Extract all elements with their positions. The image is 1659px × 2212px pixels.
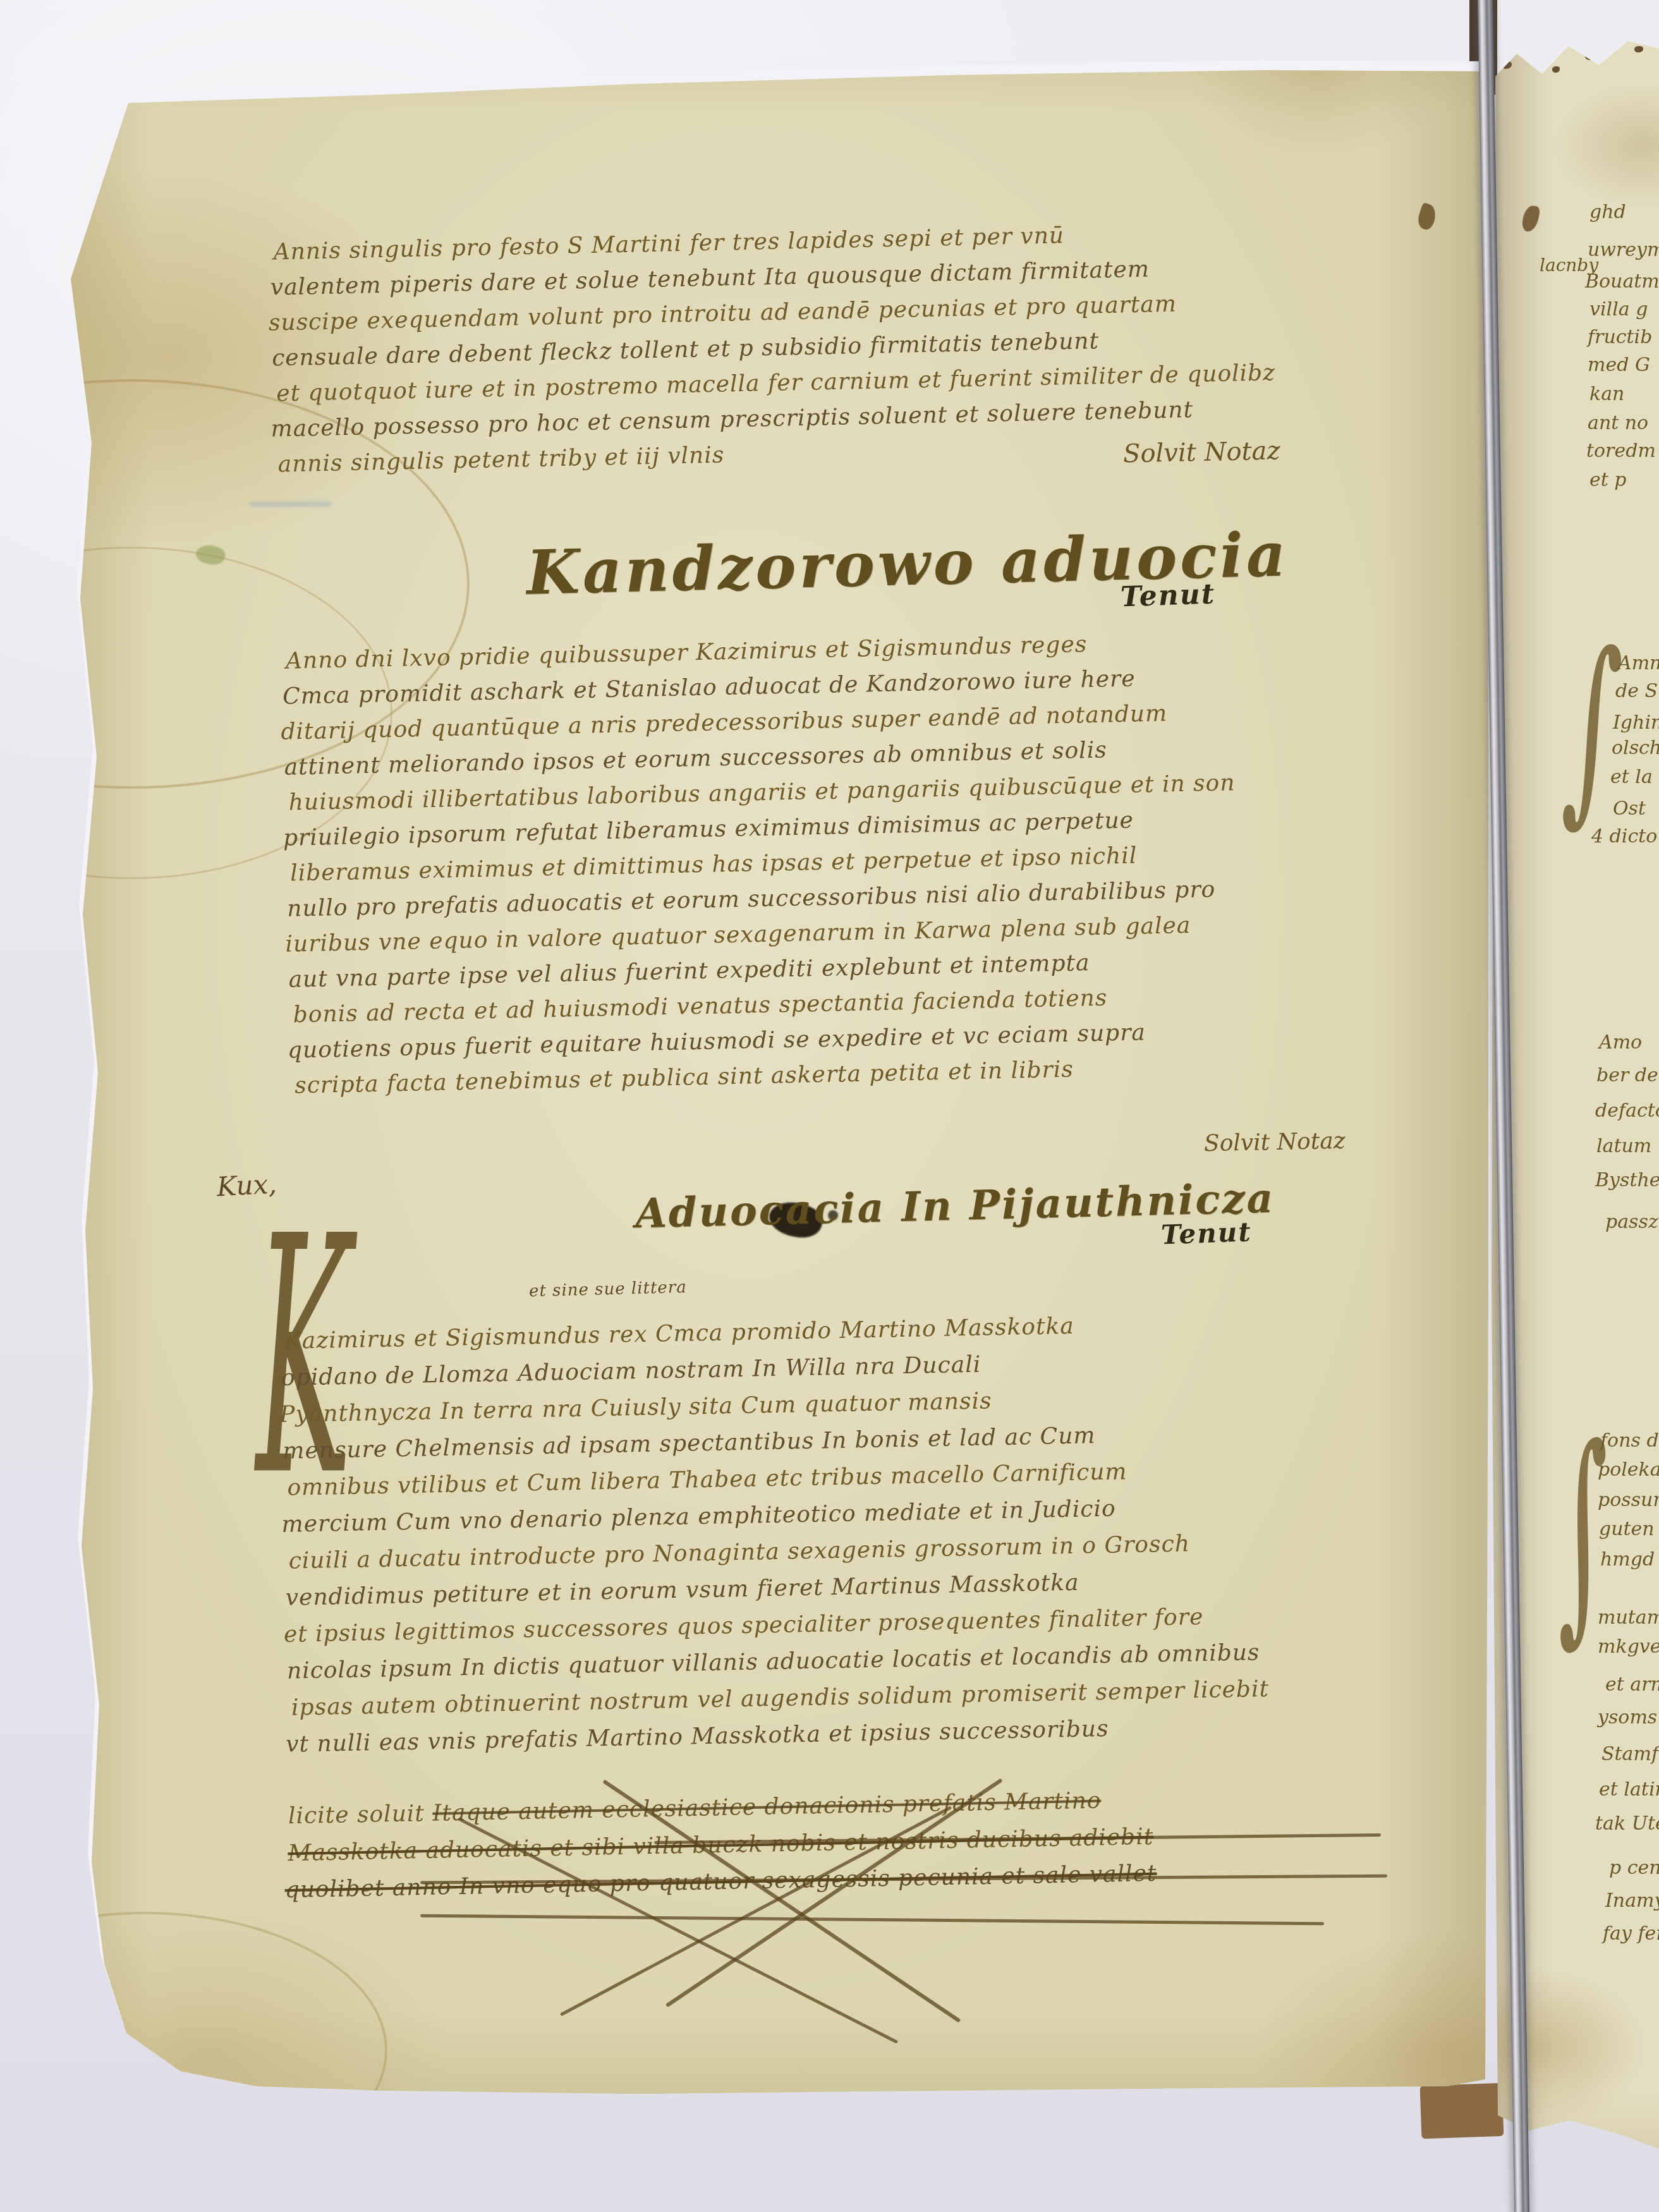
text-fragment: de S	[1615, 680, 1658, 702]
strikethrough-stroke	[420, 1914, 1324, 1925]
tenut-label-2: Tenut	[1160, 1217, 1252, 1251]
paragraph-2: Anno dni lxvo pridie quibussuper Kazimir…	[282, 624, 1238, 1103]
struck-text-run: Itaque autem ecclesiastice donacionis pr…	[432, 1788, 1102, 1826]
text-fragment: Inamy	[1605, 1890, 1659, 1912]
text-run: licite soluit	[288, 1801, 433, 1829]
text-fragment: possum	[1598, 1489, 1659, 1511]
text-fragment: Amm	[1618, 652, 1659, 674]
text-fragment: toredm	[1586, 440, 1656, 462]
text-fragment: et arm	[1605, 1674, 1659, 1696]
text-fragment: ysoms	[1598, 1706, 1657, 1729]
pencil-mark	[250, 501, 332, 507]
text-fragment: fons d	[1600, 1430, 1659, 1452]
text-fragment: uwreym	[1588, 239, 1659, 261]
text-fragment: med G	[1588, 354, 1650, 376]
text-fragment: Ighin	[1613, 712, 1659, 734]
text-fragment: ber de	[1596, 1064, 1658, 1086]
text-fragment: 4 dicto	[1591, 825, 1657, 848]
text-fragment: villa g	[1589, 298, 1648, 320]
sign-off-1: Solvit Notaz	[1123, 436, 1280, 468]
text-fragment: passz	[1605, 1211, 1658, 1233]
text-fragment: fructib	[1588, 326, 1652, 348]
tenut-label-1: Tenut	[1120, 578, 1216, 613]
left-manuscript-page: Annis singulis pro festo S Martini fer t…	[66, 28, 1488, 2114]
text-fragment: ghd	[1589, 201, 1626, 223]
interline-note: et sine sue littera	[529, 1278, 687, 1301]
text-fragment: et p	[1589, 469, 1627, 491]
text-fragment: latum	[1596, 1135, 1651, 1157]
text-fragment: tak Ute	[1595, 1813, 1659, 1835]
text-fragment: hmgd	[1600, 1548, 1655, 1571]
paragraph-3: Kazimirus et Sigismundus rex Cmca promid…	[280, 1304, 1266, 1763]
manuscript-photo: Annis singulis pro festo S Martini fer t…	[0, 0, 1659, 2212]
text-fragment: et la	[1610, 766, 1653, 788]
text-fragment: fay fen	[1603, 1923, 1659, 1945]
deckle-speck	[1502, 61, 1512, 69]
deckle-speck	[1634, 46, 1643, 52]
text-fragment: defacto	[1595, 1100, 1659, 1122]
text-fragment: p cent	[1609, 1857, 1659, 1879]
text-fragment: Stamfor	[1601, 1743, 1659, 1765]
text-fragment: ant no	[1588, 412, 1648, 434]
text-fragment: Ost	[1613, 798, 1646, 820]
ink-mark	[1415, 202, 1438, 231]
text-fragment: olsch	[1612, 737, 1659, 759]
text-fragment: Amo	[1599, 1031, 1642, 1054]
book-binding-bottom	[1420, 2083, 1504, 2139]
ink-mark	[1521, 204, 1541, 233]
sign-off-2: Solvit Notaz	[1204, 1128, 1346, 1157]
water-stain	[0, 1912, 387, 2189]
text-fragment: Bysther	[1595, 1169, 1659, 1191]
text-fragment: kan	[1589, 383, 1624, 405]
text-fragment: mutami	[1598, 1607, 1659, 1629]
text-fragment: mkgve	[1598, 1636, 1659, 1658]
text-fragment: Bouatma	[1585, 270, 1659, 293]
deckle-speck	[1585, 52, 1596, 60]
deckle-speck	[1552, 66, 1560, 73]
text-fragment: guten	[1599, 1518, 1655, 1540]
text-fragment: polekam	[1598, 1459, 1659, 1481]
text-fragment: et latim	[1599, 1778, 1659, 1801]
